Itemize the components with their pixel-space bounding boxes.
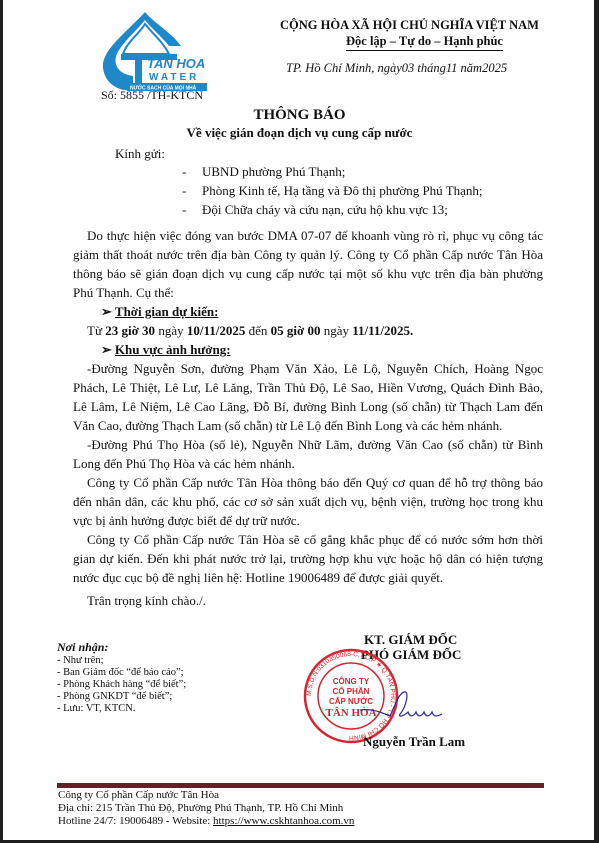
footer-divider xyxy=(57,783,544,788)
document-number: Số: 5855 /TH-KTCN xyxy=(101,88,203,103)
svg-text:CÔNG TY: CÔNG TY xyxy=(333,677,370,686)
date-line: TP. Hồ Chí Minh, ngày03 tháng11 năm2025 xyxy=(286,61,507,76)
recipient-item: -Phòng Kinh tế, Hạ tầng và Đô thị phường… xyxy=(182,183,483,199)
closing-line: Trân trọng kính chào./. xyxy=(73,591,543,610)
recipients-list-item: - Như trên; xyxy=(57,655,104,666)
area-item: -Đường Nguyễn Sơn, đường Phạm Văn Xảo, L… xyxy=(73,359,543,435)
time-heading: ➢Thời gian dự kiến: xyxy=(73,302,543,321)
nation-header: CỘNG HÒA XÃ HỘI CHỦ NGHĨA VIỆT NAM xyxy=(280,18,539,33)
recipients-list-item: - Phòng GNKDT “để biết”; xyxy=(57,691,172,702)
area-heading: ➢Khu vực ảnh hưởng: xyxy=(73,340,543,359)
footer-company: Công ty Cổ phần Cấp nước Tân Hòa xyxy=(58,789,219,801)
footer-address: Địa chỉ: 215 Trần Thủ Độ, Phường Phú Thạ… xyxy=(58,802,343,814)
nation-motto: Độc lập – Tự do – Hạnh phúc xyxy=(346,34,503,51)
notice-paragraph: Công ty Cổ phần Cấp nước Tân Hòa thông b… xyxy=(73,473,543,530)
recipients-list-item: - Ban Giám đốc “để báo cáo”; xyxy=(57,667,184,678)
recipient-item: -Đội Chữa cháy và cứu nạn, cứu hộ khu vự… xyxy=(182,202,448,218)
handwritten-signature xyxy=(360,690,480,735)
arrow-bullet-icon: ➢ xyxy=(87,302,112,321)
commit-paragraph: Công ty Cổ phần Cấp nước Tân Hòa sẽ cố g… xyxy=(73,530,543,587)
salutation: Kính gửi: xyxy=(115,146,165,162)
intro-paragraph: Do thực hiện việc đóng van bước DMA 07-0… xyxy=(73,226,543,302)
recipient-item: -UBND phường Phú Thạnh; xyxy=(182,164,345,180)
document-body: Do thực hiện việc đóng van bước DMA 07-0… xyxy=(73,226,543,610)
arrow-bullet-icon: ➢ xyxy=(87,340,112,359)
recipients-list-item: - Lưu: VT, KTCN. xyxy=(57,703,136,714)
svg-text:TAN HOA: TAN HOA xyxy=(147,56,205,71)
tan-hoa-water-logo: TAN HOA WATER NƯỚC SẠCH CỦA MỌI NHÀ xyxy=(97,10,211,96)
recipients-list-item: - Phòng Khách hàng “để biết”; xyxy=(57,679,186,690)
svg-text:WATER: WATER xyxy=(149,72,199,83)
signer-name: Nguyễn Trần Lam xyxy=(363,734,465,750)
document-subtitle: Về việc gián đoạn dịch vụ cung cấp nước xyxy=(0,125,599,141)
signer-title-1: KT. GIÁM ĐỐC xyxy=(364,632,457,648)
area-item: -Đường Phú Thọ Hòa (số lẻ), Nguyễn Nhữ L… xyxy=(73,435,543,473)
time-detail: Từ 23 giờ 30 ngày 10/11/2025 đến 05 giờ … xyxy=(73,321,543,340)
website-link[interactable]: https://www.cskhtanhoa.com.vn xyxy=(213,815,354,827)
recipients-list-title: Nơi nhận: xyxy=(57,640,108,655)
footer-contact: Hotline 24/7: 19006489 - Website: https:… xyxy=(58,815,354,827)
document-title: THÔNG BÁO xyxy=(0,107,599,124)
